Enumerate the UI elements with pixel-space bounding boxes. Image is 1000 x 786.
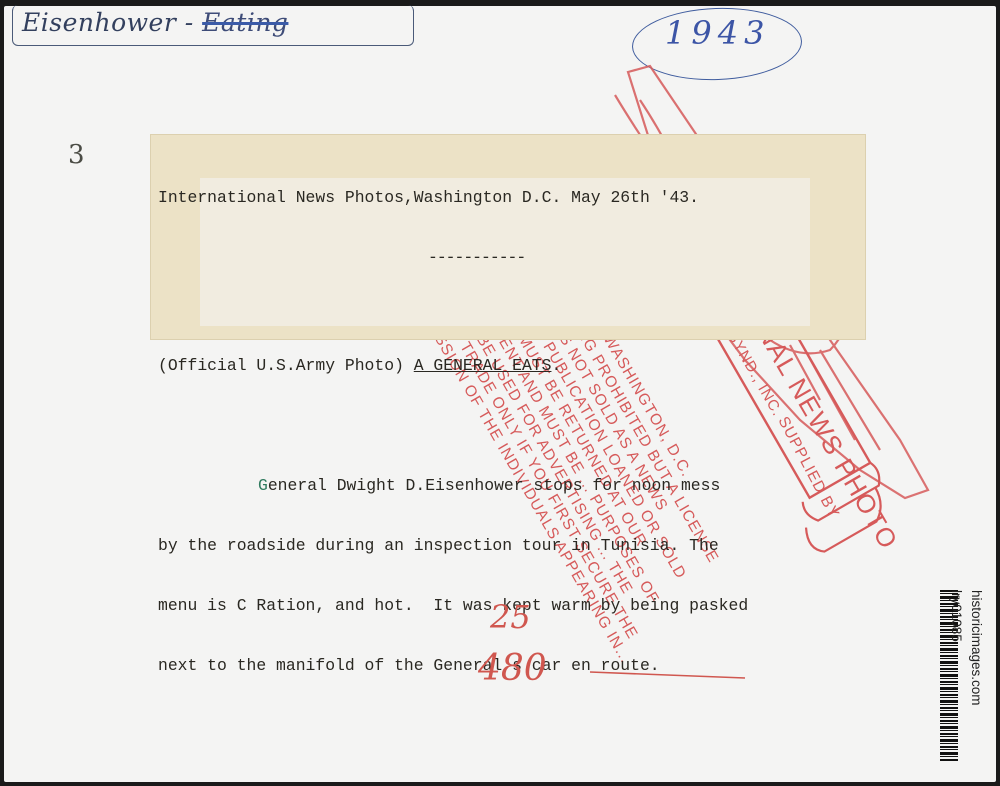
watermark-site: historicimages.com <box>969 590 984 706</box>
caption-body-line-2: by the roadside during an inspection tou… <box>158 536 868 556</box>
caption-separator: ----------- <box>158 248 868 268</box>
pencil-number-480: 480 <box>478 648 547 689</box>
caption-header: International News Photos,Washington D.C… <box>158 188 868 208</box>
handwritten-year: 1943 <box>665 14 770 52</box>
pencil-number-25: 25 <box>490 598 531 636</box>
caption-first-letter: G <box>258 476 268 495</box>
struck-word: Eating <box>202 8 288 37</box>
caption-credit-line: (Official U.S.Army Photo) A GENERAL EATS… <box>158 356 868 376</box>
caption-body-line-1: General Dwight D.Eisenhower stops for no… <box>158 476 868 496</box>
watermark-id: lry01085 <box>949 590 964 642</box>
watermark-barcode-block: historicimages.com lry01085 <box>936 588 990 763</box>
caption-credit: (Official U.S.Army Photo) <box>158 356 414 375</box>
handwritten-title: Eisenhower - Eating <box>22 8 288 37</box>
margin-mark: 3 <box>68 142 85 168</box>
caption-headline: A GENERAL EATS <box>414 356 552 375</box>
handwritten-subject: Eisenhower - <box>22 8 194 37</box>
caption-paper: International News Photos,Washington D.C… <box>150 134 866 340</box>
